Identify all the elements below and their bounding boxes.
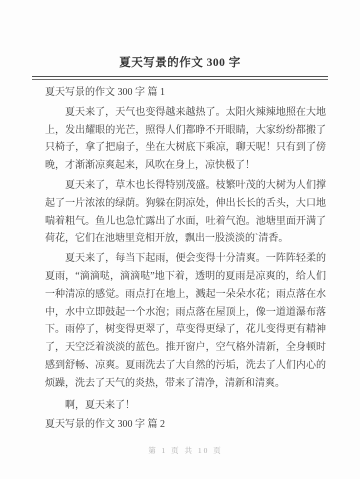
title-divider-rule: [32, 76, 328, 80]
paragraph-2: 夏天来了，草木也长得特别茂盛。枝繁叶茂的大树为人们撑起了一片浓浓的绿荫。狗躲在阴…: [45, 177, 326, 248]
document-body: 夏天写景的作文 300 字 篇 1 夏天来了，天气也变得越来越热了。太阳火辣辣地…: [45, 84, 326, 434]
section-2-heading: 夏天写景的作文 300 字 篇 2: [45, 416, 326, 434]
page-number-footer: 第 1 页 共 10 页: [45, 445, 326, 456]
document-page: 夏天写景的作文 300 字 夏天写景的作文 300 字 篇 1 夏天来了，天气也…: [0, 0, 360, 479]
section-1-heading: 夏天写景的作文 300 字 篇 1: [45, 84, 326, 102]
paragraph-3: 夏天来了，每当下起雨，便会变得十分清爽。一阵阵轻柔的夏雨，“滴滴哒，滴滴哒”地下…: [45, 250, 326, 392]
document-title: 夏天写景的作文 300 字: [0, 55, 360, 71]
paragraph-4-closing: 啊，夏天来了！: [45, 397, 326, 415]
paragraph-1: 夏天来了，天气也变得越来越热了。太阳火辣辣地照在大地上，发出耀眼的光芒，照得人们…: [45, 104, 326, 175]
